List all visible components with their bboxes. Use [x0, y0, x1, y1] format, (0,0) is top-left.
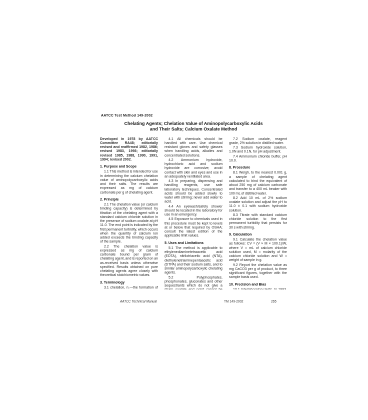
paragraph: 4.5 Exposure to chemicals used in this p…: [165, 218, 223, 239]
paragraph: 8.1 Weigh, to the nearest 0.001 g, a sam…: [229, 171, 287, 196]
paragraph: 4.1 All chemicals should be handled with…: [165, 137, 223, 158]
section-heading: 1. Purpose and Scope: [100, 165, 158, 169]
paragraph: 9.1 Calculate the chelation value as fol…: [229, 238, 287, 263]
section-heading: 3. Terminology: [100, 281, 158, 285]
paragraph: 10.1 Interlaboratory tests. In 1993, a s…: [229, 288, 287, 289]
page-footer: AATCC Technical Manual TM 149-2002 265: [100, 300, 287, 306]
section-heading: 10. Precision and Bias: [229, 283, 287, 287]
title-line-2: and Their Salts; Calcium Oxalate Method: [150, 127, 237, 132]
paragraph: 4.3 In preparing, dispensing and handlin…: [165, 180, 223, 205]
paragraph: 7.3 Sodium hydroxide solution, 1.0N and …: [229, 146, 287, 154]
paragraph: 2.1 The chelation value (or calcium bind…: [100, 203, 158, 244]
paragraph: 8.3 Titrate with standard calcium chlori…: [229, 213, 287, 230]
footer-note: AATCC Technical Manual: [120, 300, 157, 304]
section-heading: 2. Principle: [100, 198, 158, 202]
paragraph: Developed in 1978 by AATCC Committee RA4…: [100, 137, 158, 162]
document-header: AATCC Test Method 149-2002: [101, 114, 287, 118]
paragraph: 5.1 The method is applicable to ethylene…: [165, 246, 223, 275]
paragraph: 7.4 Ammonium chloride buffer, pH 10.0.: [229, 155, 287, 163]
column-1: Developed in 1978 by AATCC Committee RA4…: [100, 137, 158, 289]
footer-method-number: TM 149-2002: [224, 300, 243, 304]
paragraph: 8.2 Add 10 mL of 2% sodium oxalate solut…: [229, 196, 287, 213]
footer-page-number: 265: [271, 300, 276, 304]
paragraph: 3.1 chelation, n.—the formation of coord…: [100, 286, 158, 289]
paragraph: 4.4 An eyewash/safety shower should be l…: [165, 205, 223, 217]
text-columns: Developed in 1978 by AATCC Committee RA4…: [100, 137, 287, 289]
paragraph: 9.2 Report the chelation value as mg CaC…: [229, 263, 287, 280]
section-heading: 5. Uses and Limitations: [165, 241, 223, 245]
page-content: AATCC Test Method 149-2002 Chelating Age…: [100, 114, 287, 340]
title-line-1: Chelating Agents; Chelation Value of Ami…: [124, 121, 263, 126]
section-heading: 8. Procedure: [229, 166, 287, 170]
paragraph: 1.1 This method is intended for use in d…: [100, 170, 158, 195]
column-2: 4.1 All chemicals should be handled with…: [165, 137, 223, 289]
paragraph: 2.2 The chelation value is expressed as …: [100, 245, 158, 278]
section-heading: 9. Calculation: [229, 233, 287, 237]
column-3: 7.2 Sodium oxalate, reagent grade, 2% so…: [229, 137, 287, 289]
paragraph: 4.2 Ammonium hydroxide, hydrochloric aci…: [165, 158, 223, 179]
document-title: Chelating Agents; Chelation Value of Ami…: [100, 121, 287, 132]
paragraph: 5.2 Polyphosphates, phosphonates, glucon…: [165, 276, 223, 290]
paragraph: 7.2 Sodium oxalate, reagent grade, 2% so…: [229, 137, 287, 145]
document-page: AATCC Test Method 149-2002 Chelating Age…: [84, 98, 288, 340]
